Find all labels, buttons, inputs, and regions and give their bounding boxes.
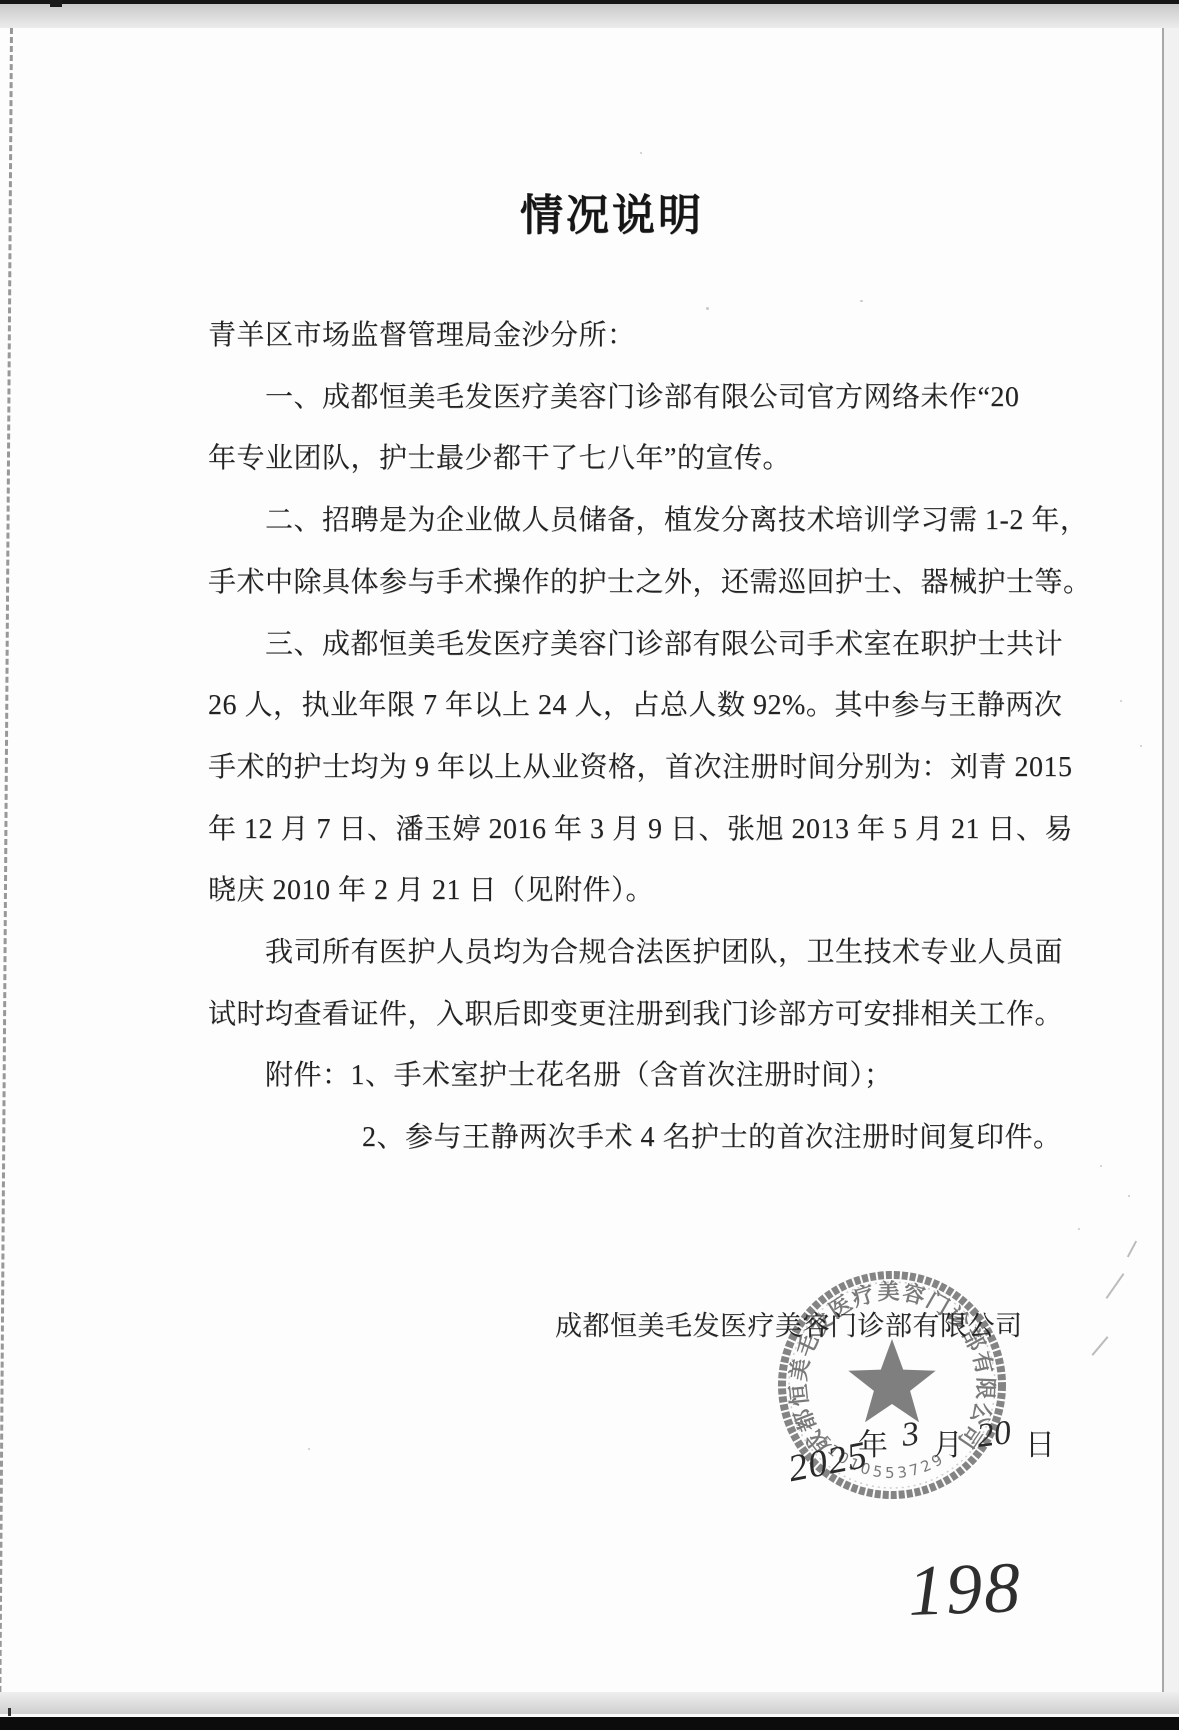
body-line: 26 人，执业年限 7 年以上 24 人，占总人数 92%。其中参与王静两次 <box>208 688 1062 728</box>
body-line: 2、参与王静两次手术 4 名护士的首次注册时间复印件。 <box>362 1120 1062 1160</box>
body-line: 手术中除具体参与手术操作的护士之外，还需巡回护士、器械护士等。 <box>208 565 1092 605</box>
scan-scratch <box>1127 1241 1137 1258</box>
body-line: 年 12 月 7 日、潘玉婷 2016 年 3 月 9 日、张旭 2013 年 … <box>208 812 1073 852</box>
scan-noise <box>1078 1228 1080 1230</box>
scan-margin-bottom <box>0 1692 1179 1714</box>
scan-artifact-tick <box>50 0 62 7</box>
date-day-char: 日 <box>1025 1420 1055 1464</box>
body-line: 二、招聘是为企业做人员储备，植发分离技术培训学习需 1-2 年， <box>265 503 1088 543</box>
scan-scratch <box>1106 1273 1125 1299</box>
seal-star-icon <box>848 1339 935 1422</box>
date-day-handwritten: 20 <box>975 1414 1013 1456</box>
body-line: 一、成都恒美毛发医疗美容门诊部有限公司官方网络未作“20 <box>265 380 1019 420</box>
body-line: 手术的护士均为 9 年以上从业资格，首次注册时间分别为：刘青 2015 <box>208 750 1073 790</box>
body-line: 晓庆 2010 年 2 月 21 日（见附件）。 <box>208 873 654 913</box>
scan-noise <box>860 300 863 302</box>
body-line: 青羊区市场监督管理局金沙分所： <box>208 318 636 358</box>
date-month-char: 月 <box>933 1420 963 1464</box>
signature-date-line: 年 3 月 20 日 <box>858 1420 1055 1464</box>
scan-edge-left <box>0 28 13 1692</box>
scan-noise <box>706 307 709 310</box>
page-number: 198 <box>907 1546 1024 1633</box>
scan-noise <box>1128 1195 1130 1197</box>
body-line: 年专业团队，护士最少都干了七八年”的宣传。 <box>208 441 791 481</box>
body-line: 三、成都恒美毛发医疗美容门诊部有限公司手术室在职护士共计 <box>265 627 1063 667</box>
scan-margin-top <box>0 4 1179 28</box>
date-month-handwritten: 3 <box>900 1415 922 1455</box>
scanned-document-page: 情况说明 青羊区市场监督管理局金沙分所：一、成都恒美毛发医疗美容门诊部有限公司官… <box>0 0 1179 1730</box>
scan-artifact-tick-bottom <box>8 1708 11 1716</box>
body-line: 试时均查看证件，入职后即变更注册到我门诊部方可安排相关工作。 <box>208 997 1063 1037</box>
scan-noise <box>308 1448 310 1450</box>
scan-noise <box>1008 634 1010 636</box>
scan-margin-right <box>1164 28 1179 1692</box>
signature-company: 成都恒美毛发医疗美容门诊部有限公司 <box>555 1304 1023 1343</box>
scan-edge-bottom <box>0 1717 1179 1730</box>
scan-scratch <box>1092 1336 1109 1356</box>
body-line: 附件：1、手术室护士花名册（含首次注册时间）； <box>265 1058 893 1098</box>
body-line: 我司所有医护人员均为合规合法医护团队，卫生技术专业人员面 <box>265 935 1063 975</box>
scan-noise <box>1140 745 1142 747</box>
scan-noise <box>640 152 642 154</box>
scan-noise <box>1120 700 1122 702</box>
scan-noise <box>1100 1165 1102 1167</box>
page-title: 情况说明 <box>208 182 1016 234</box>
